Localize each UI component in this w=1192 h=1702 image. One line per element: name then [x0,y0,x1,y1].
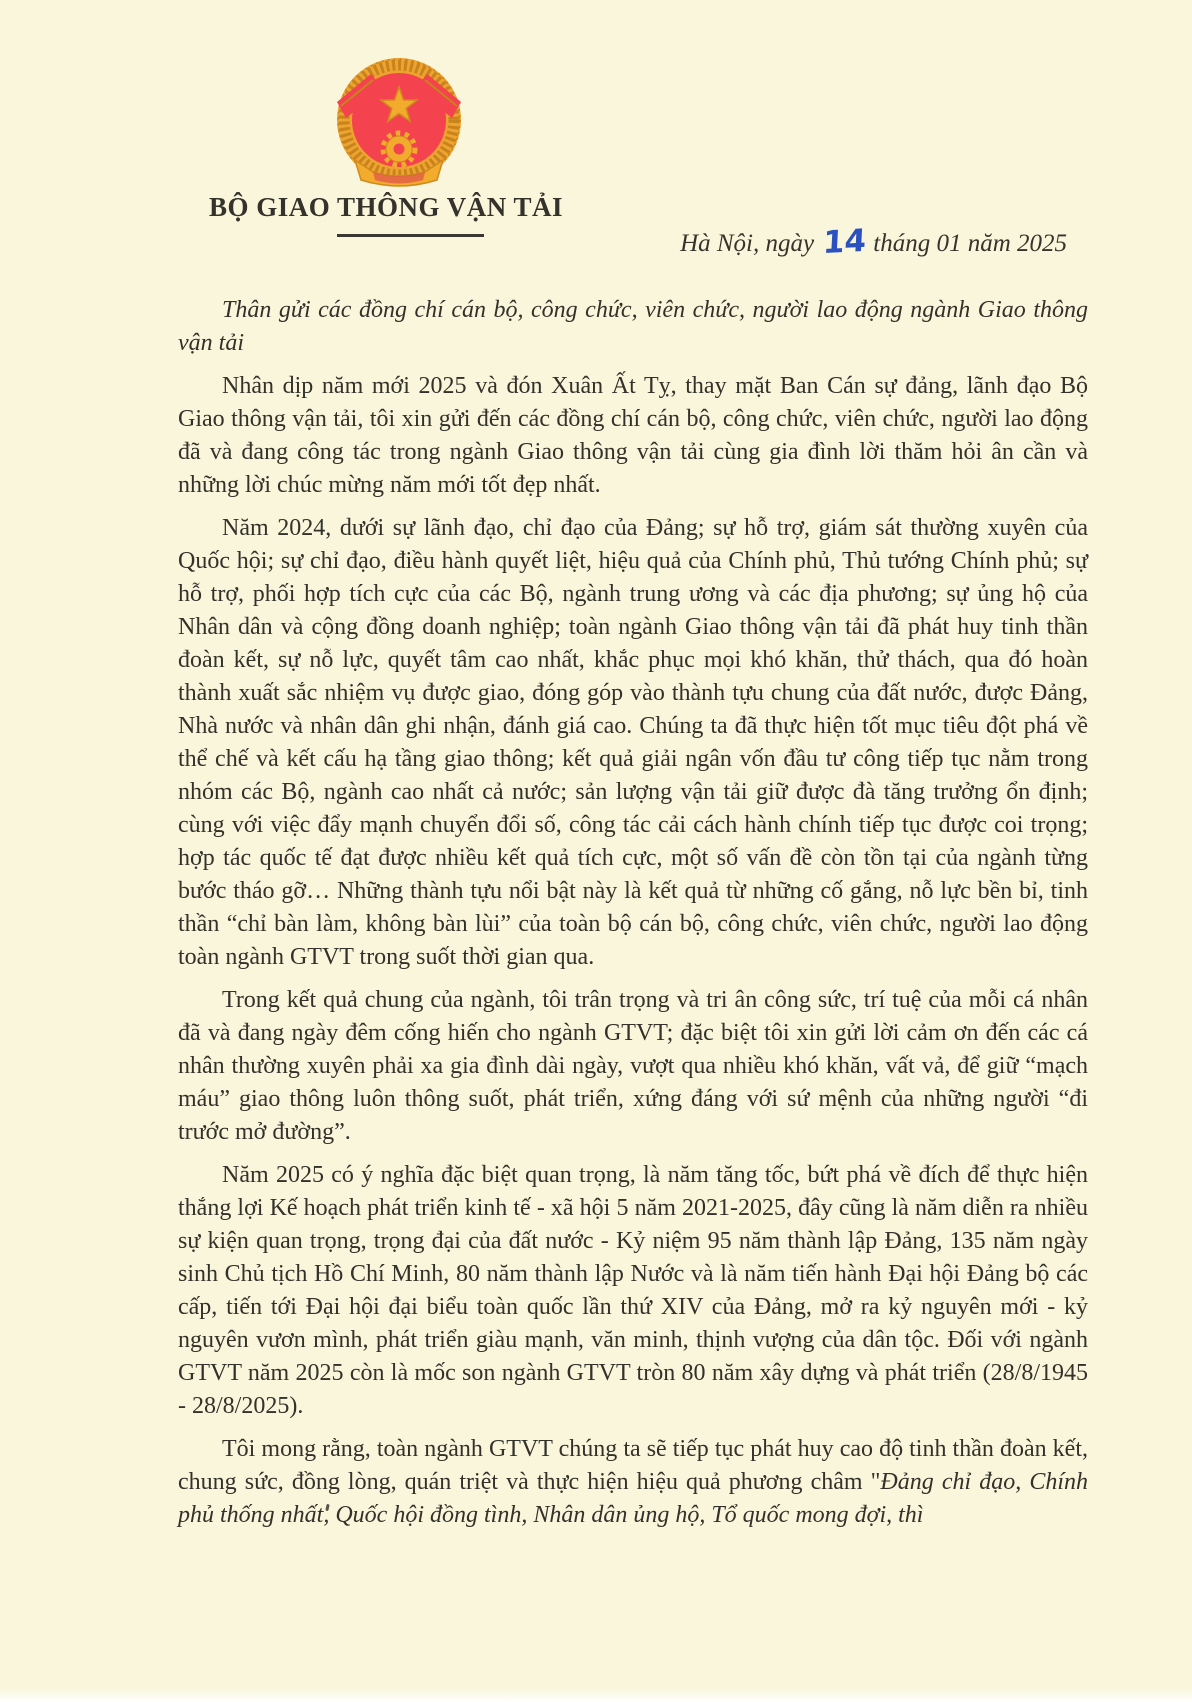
letter-body: Thân gửi các đồng chí cán bộ, công chức,… [178,294,1088,1542]
vietnam-national-emblem-icon [333,56,465,194]
ministry-name: BỘ GIAO THÔNG VẬN TẢI [168,192,604,223]
dateline: Hà Nội, ngày14tháng 01 năm 2025 [680,230,1067,258]
paragraph-year-2025-outlook: Năm 2025 có ý nghĩa đặc biệt quan trọng,… [178,1159,1088,1423]
paragraph-year-2024-review: Năm 2024, dưới sự lãnh đạo, chỉ đạo của … [178,512,1088,974]
paragraph-greeting: Nhân dịp năm mới 2025 và đón Xuân Ất Tỵ,… [178,370,1088,502]
ministry-underline [337,234,484,237]
paragraph-gratitude: Trong kết quả chung của ngành, tôi trân … [178,984,1088,1149]
paragraph-closing: Tôi mong rằng, toàn ngành GTVT chúng ta … [178,1433,1088,1532]
handwritten-day: 14 [823,241,866,243]
salutation: Thân gửi các đồng chí cán bộ, công chức,… [178,294,1088,360]
dateline-prefix: Hà Nội, ngày [680,230,814,257]
letter-page: BỘ GIAO THÔNG VẬN TẢI Hà Nội, ngày14thán… [0,0,1192,1702]
dateline-suffix: tháng 01 năm 2025 [873,230,1067,257]
